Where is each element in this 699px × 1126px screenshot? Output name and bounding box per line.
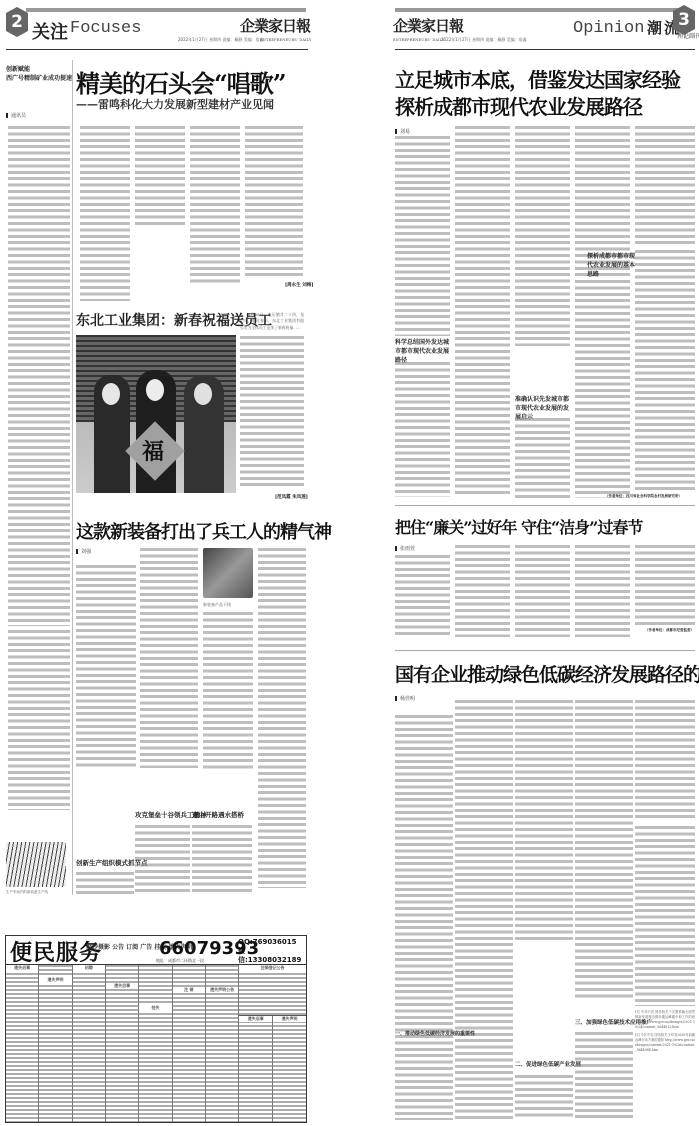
ad-column: 挂失 <box>139 965 172 1122</box>
photo-caption: 新装备产品下线 <box>203 602 231 608</box>
article-body-col4 <box>575 545 630 637</box>
header-rule <box>6 49 308 50</box>
sidebar-body <box>8 126 70 626</box>
article-body-col3b <box>135 825 190 895</box>
article-body-col3 <box>190 126 240 286</box>
references: [1] 中共中央 国务院关于完整准确全面贯彻新发展理念做好碳达峰碳中和工作的意见… <box>635 1010 695 1120</box>
article-body-col3b <box>515 1075 573 1120</box>
ad-column: 遗失声明公告 <box>206 965 239 1122</box>
masthead-english: ENTREPRENEURS' DAILY <box>393 38 445 42</box>
article-body-col3 <box>515 126 570 346</box>
section-divider <box>395 505 695 506</box>
face-left <box>102 383 120 405</box>
crosshead: 科学总结国外发达城市都市现代农业发展路径 <box>395 338 450 365</box>
article-body-col1 <box>80 126 130 301</box>
article-body-col4b <box>575 1032 633 1120</box>
sidebar-byline: 通讯员 <box>6 112 26 119</box>
fu-character: 福 <box>142 435 164 466</box>
dateline: 2022年1月27日 星期四 责编：戴静 美编：詹鑫 <box>441 37 537 43</box>
article-body-col1 <box>395 555 450 635</box>
ad-title: 便民服务 <box>10 936 102 967</box>
article-body-col3 <box>203 612 253 772</box>
article-body-col2 <box>455 700 513 1120</box>
sidebar-title: 创新赋能 西广号精制矿业成功提速 <box>6 65 72 83</box>
article-body-col1 <box>395 136 450 336</box>
article-body-col5 <box>635 700 695 820</box>
header-bar <box>26 8 306 12</box>
article-headline: 精美的石头会“唱歌” <box>76 64 286 99</box>
article-body-col4b <box>575 280 630 498</box>
article-headline: 国有企业推动绿色低碳经济发展路径的思考 <box>395 660 699 687</box>
ad-sub-column: 遗失声明 <box>273 1016 306 1122</box>
article-body-col1 <box>76 565 136 770</box>
article-byline: 张雨萱 <box>395 545 415 552</box>
article-signature: （作者单位：成都市纪委监委） <box>645 628 694 633</box>
article-body-col4 <box>245 126 303 276</box>
section-title-en: Opinion <box>573 19 644 38</box>
article-body-col5b <box>635 826 695 1006</box>
article-body-col2 <box>455 126 510 496</box>
article-body-col1b <box>395 362 450 497</box>
face-middle <box>146 379 164 401</box>
ad-column: 遗失启事 <box>106 965 139 1122</box>
article-headline: 这款新装备打出了兵工人的精气神 <box>76 518 331 544</box>
crosshead: 探析成都市都市现代农业发展的基本思路 <box>587 252 635 279</box>
article-headline: 立足城市本底，借鉴发达国家经验 <box>395 64 680 93</box>
article-body-col1 <box>395 715 453 1120</box>
ad-column: 注 销 <box>173 965 206 1122</box>
article-body-col3 <box>515 700 573 940</box>
header-bar <box>395 8 680 12</box>
crosshead: 二、促进绿色低碳产业发展 <box>515 1060 581 1068</box>
article-body-col4 <box>575 700 633 1000</box>
article-byline: 刘易 <box>395 128 410 135</box>
ad-column: 招聘 <box>73 965 106 1122</box>
classified-ads: 便民服务 婚纱摄影 公告 订阅 广告 挂失 遗失声明 66079393 地址：成… <box>5 935 307 1123</box>
crosshead: 一、推动绿色低碳经济发展的重要性 <box>395 1030 475 1037</box>
column-divider <box>72 60 73 895</box>
ad-column: 遗失声明 <box>39 965 72 1122</box>
crosshead: 逢山开路遇水搭桥 <box>192 810 244 819</box>
left-col-body <box>8 630 70 810</box>
page-number-badge: 3 <box>673 5 695 35</box>
section-title-en: Focuses <box>70 19 141 38</box>
equipment-photo <box>203 548 253 598</box>
photo-caption: 生产车间内的新装备生产线 <box>6 890 48 895</box>
face-right <box>194 383 212 405</box>
header-rule <box>395 49 695 50</box>
masthead-logo: 企業家日報 <box>393 15 463 36</box>
article-body-col5 <box>635 545 695 625</box>
article-signature: [周永生 刘梅] <box>285 282 313 288</box>
ad-qq: QQ:769036015 微信:13308032189 <box>238 938 306 965</box>
section-divider <box>395 650 695 651</box>
article-body-col3b <box>515 418 570 498</box>
article-signature: （作者单位：四川省社会科学院农村发展研究所） <box>605 494 682 499</box>
ad-column: 遗失启事 <box>6 965 39 1122</box>
section-title-cn: 关注 <box>32 18 68 44</box>
page-number-badge: 2 <box>6 7 28 37</box>
article-body-col2 <box>135 126 185 226</box>
masthead-logo: 企業家日報 <box>240 15 310 36</box>
article-headline: 把住“廉关”过好年 守住“洁身”过春节 <box>395 515 642 538</box>
page-3: 企業家日報 ENTREPRENEURS' DAILY 2022年1月27日 星期… <box>355 0 699 1126</box>
article-body-col5b <box>635 250 695 490</box>
article-body-col4b <box>192 825 252 895</box>
masthead-english: ENTREPRENEURS' DAILY <box>260 38 312 42</box>
article-body: 1月26日，农历腊月二十四，是小年，临近春节，东北工业集团有限公司为全体员工送来… <box>240 312 304 502</box>
ad-sub-column: 遗失启事 <box>239 1016 273 1122</box>
article-body-col2 <box>140 548 198 768</box>
page-2: 2 关注 Focuses 企業家日報 2022年1月27日 星期四 责编：戴静 … <box>0 0 355 1126</box>
ad-box: 注销登记公告 遗失启事 遗失声明 <box>239 965 306 1122</box>
staff-photo: 福 <box>76 335 236 493</box>
factory-photo <box>6 842 66 887</box>
article-body-col2 <box>455 545 510 637</box>
article-headline: 探析成都市现代农业发展路径 <box>395 91 642 120</box>
ad-box-split: 遗失启事 遗失声明 <box>239 1015 306 1122</box>
article-body-col2b <box>76 872 134 897</box>
article-body-col5 <box>635 126 695 246</box>
article-body-col4 <box>258 548 306 888</box>
article-subheadline: ——雷鸣科化大力发展新型建材产业见闻 <box>76 96 274 112</box>
article-byline: 刘强 <box>76 548 91 555</box>
ad-columns: 遗失启事 遗失声明 招聘 遗失启事 挂失 注 销 遗失声明公告 注销登记公告 遗… <box>6 964 306 1122</box>
article-signature: [范凤霞 朱凤莲] <box>275 494 308 500</box>
article-byline: 杨佳明 <box>395 695 415 702</box>
article-body-col3 <box>515 545 570 637</box>
